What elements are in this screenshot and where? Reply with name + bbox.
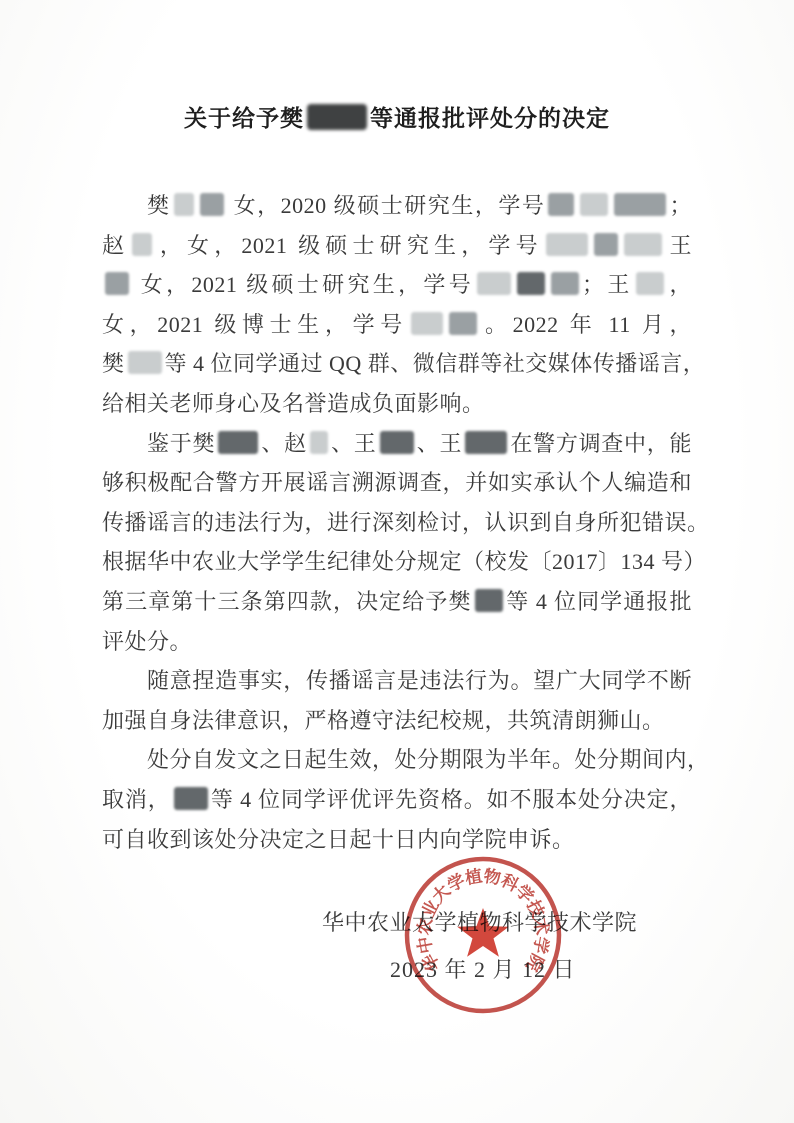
- seal-char: 植: [464, 866, 484, 888]
- text-segment: ，: [667, 272, 692, 297]
- redaction-block: [174, 787, 208, 810]
- text-segment: 樊: [147, 193, 171, 218]
- redaction-block: [477, 272, 511, 295]
- redaction-block: [128, 351, 162, 374]
- seal-char: 术: [530, 916, 552, 937]
- document-line: 取消，等 4 位同学评优评先资格。如不服本处分决定，: [102, 780, 692, 820]
- redaction-block: [594, 233, 618, 256]
- text-segment: 处分自发文之日起生效，处分期限为半年。处分期间内，: [147, 747, 710, 772]
- redaction-block: [105, 272, 129, 295]
- redaction-block: [475, 589, 503, 612]
- text-segment: 等 4 位同学通报批: [506, 589, 692, 614]
- text-segment: 等通报批评处分的决定: [370, 106, 610, 131]
- text-segment: 、王: [331, 431, 377, 456]
- redaction-block: [465, 431, 507, 454]
- redaction-block: [546, 233, 588, 256]
- text-segment: 加强自身法律意识，严格遵守法纪校规，共筑清朗狮山。: [102, 708, 665, 733]
- text-segment: ；: [669, 193, 692, 218]
- redaction-block: [614, 193, 666, 216]
- redaction-block: [218, 431, 258, 454]
- redaction-block: [636, 272, 664, 295]
- document-line: 第三章第十三条第四款，决定给予樊等 4 位同学通报批: [102, 582, 692, 622]
- official-seal: 华中农业大学植物科学技术学院: [388, 840, 578, 1030]
- redaction-block: [624, 233, 662, 256]
- text-segment: 女，2021 级博士生，学号: [102, 312, 408, 337]
- redaction-block: [307, 104, 367, 130]
- text-segment: 王: [665, 233, 692, 258]
- redaction-block: [132, 233, 152, 256]
- redaction-block: [310, 431, 328, 454]
- text-segment: 女，2020 级硕士研究生，学号: [227, 193, 546, 218]
- document-line: 根据华中农业大学学生纪律处分规定（校发〔2017〕134 号）: [102, 542, 692, 582]
- document-line: 女，2021 级硕士研究生，学号；王，: [102, 265, 692, 305]
- document-page: 关于给予樊等通报批评处分的决定 樊 女，2020 级硕士研究生，学号；赵，女，2…: [0, 0, 794, 1123]
- redaction-block: [517, 272, 545, 295]
- document-line: 加强自身法律意识，严格遵守法纪校规，共筑清朗狮山。: [102, 701, 692, 741]
- text-segment: 传播谣言的违法行为，进行深刻检讨，认识到自身所犯错误。: [102, 510, 710, 535]
- text-segment: 第三章第十三条第四款，决定给予樊: [102, 589, 472, 614]
- document-line: 随意捏造事实，传播谣言是违法行为。望广大同学不断: [102, 661, 692, 701]
- text-segment: 等 4 位同学评优评先资格。如不服本处分决定，: [211, 787, 692, 812]
- text-segment: 、赵: [261, 431, 307, 456]
- document-body: 樊 女，2020 级硕士研究生，学号；赵，女，2021 级硕士研究生，学号王 女…: [102, 186, 692, 859]
- text-segment: 根据华中农业大学学生纪律处分规定（校发〔2017〕134 号）: [102, 549, 706, 574]
- text-segment: 评处分。: [102, 629, 192, 654]
- redaction-block: [200, 193, 224, 216]
- text-segment: 等 4 位同学通过 QQ 群、微信群等社交媒体传播谣言，: [165, 351, 706, 376]
- text-segment: 取消，: [102, 787, 171, 812]
- document-line: 鉴于樊、赵、王、王在警方调查中，能: [102, 424, 692, 464]
- text-segment: 鉴于樊: [147, 431, 215, 456]
- redaction-block: [449, 312, 477, 335]
- text-segment: 、王: [417, 431, 463, 456]
- document-line: 评处分。: [102, 622, 692, 662]
- document-line: 处分自发文之日起生效，处分期限为半年。处分期间内，: [102, 740, 692, 780]
- document-line: 樊 女，2020 级硕士研究生，学号；: [102, 186, 692, 226]
- text-segment: 给相关老师身心及名誉造成负面影响。: [102, 391, 485, 416]
- text-segment: ；王: [582, 272, 633, 297]
- document-line: 传播谣言的违法行为，进行深刻检讨，认识到自身所犯错误。: [102, 503, 692, 543]
- redaction-block: [380, 431, 414, 454]
- redaction-block: [548, 193, 574, 216]
- redaction-block: [551, 272, 579, 295]
- document-line: 女，2021 级博士生，学号。2022 年 11 月，: [102, 305, 692, 345]
- text-segment: 樊: [102, 351, 125, 376]
- text-segment: 在警方调查中，能: [510, 431, 692, 456]
- document-line: 樊等 4 位同学通过 QQ 群、微信群等社交媒体传播谣言，: [102, 344, 692, 384]
- text-segment: ，女，2021 级硕士研究生，学号: [155, 233, 543, 258]
- redaction-block: [580, 193, 608, 216]
- seal-star-icon: [457, 908, 508, 957]
- document-line: 给相关老师身心及名誉造成负面影响。: [102, 384, 692, 424]
- text-segment: 赵: [102, 233, 129, 258]
- redaction-block: [174, 193, 194, 216]
- document-title: 关于给予樊等通报批评处分的决定: [0, 100, 794, 133]
- text-segment: 随意捏造事实，传播谣言是违法行为。望广大同学不断: [147, 668, 692, 693]
- seal-char: 中: [414, 935, 437, 955]
- text-segment: 。2022 年 11 月，: [480, 312, 692, 337]
- document-line: 赵，女，2021 级硕士研究生，学号王: [102, 226, 692, 266]
- text-segment: 够积极配合警方开展谣言溯源调查，并如实承认个人编造和: [102, 470, 692, 495]
- redaction-block: [411, 312, 443, 335]
- document-line: 够积极配合警方开展谣言溯源调查，并如实承认个人编造和: [102, 463, 692, 503]
- text-segment: 女，2021 级硕士研究生，学号: [132, 272, 474, 297]
- text-segment: 关于给予樊: [184, 106, 304, 131]
